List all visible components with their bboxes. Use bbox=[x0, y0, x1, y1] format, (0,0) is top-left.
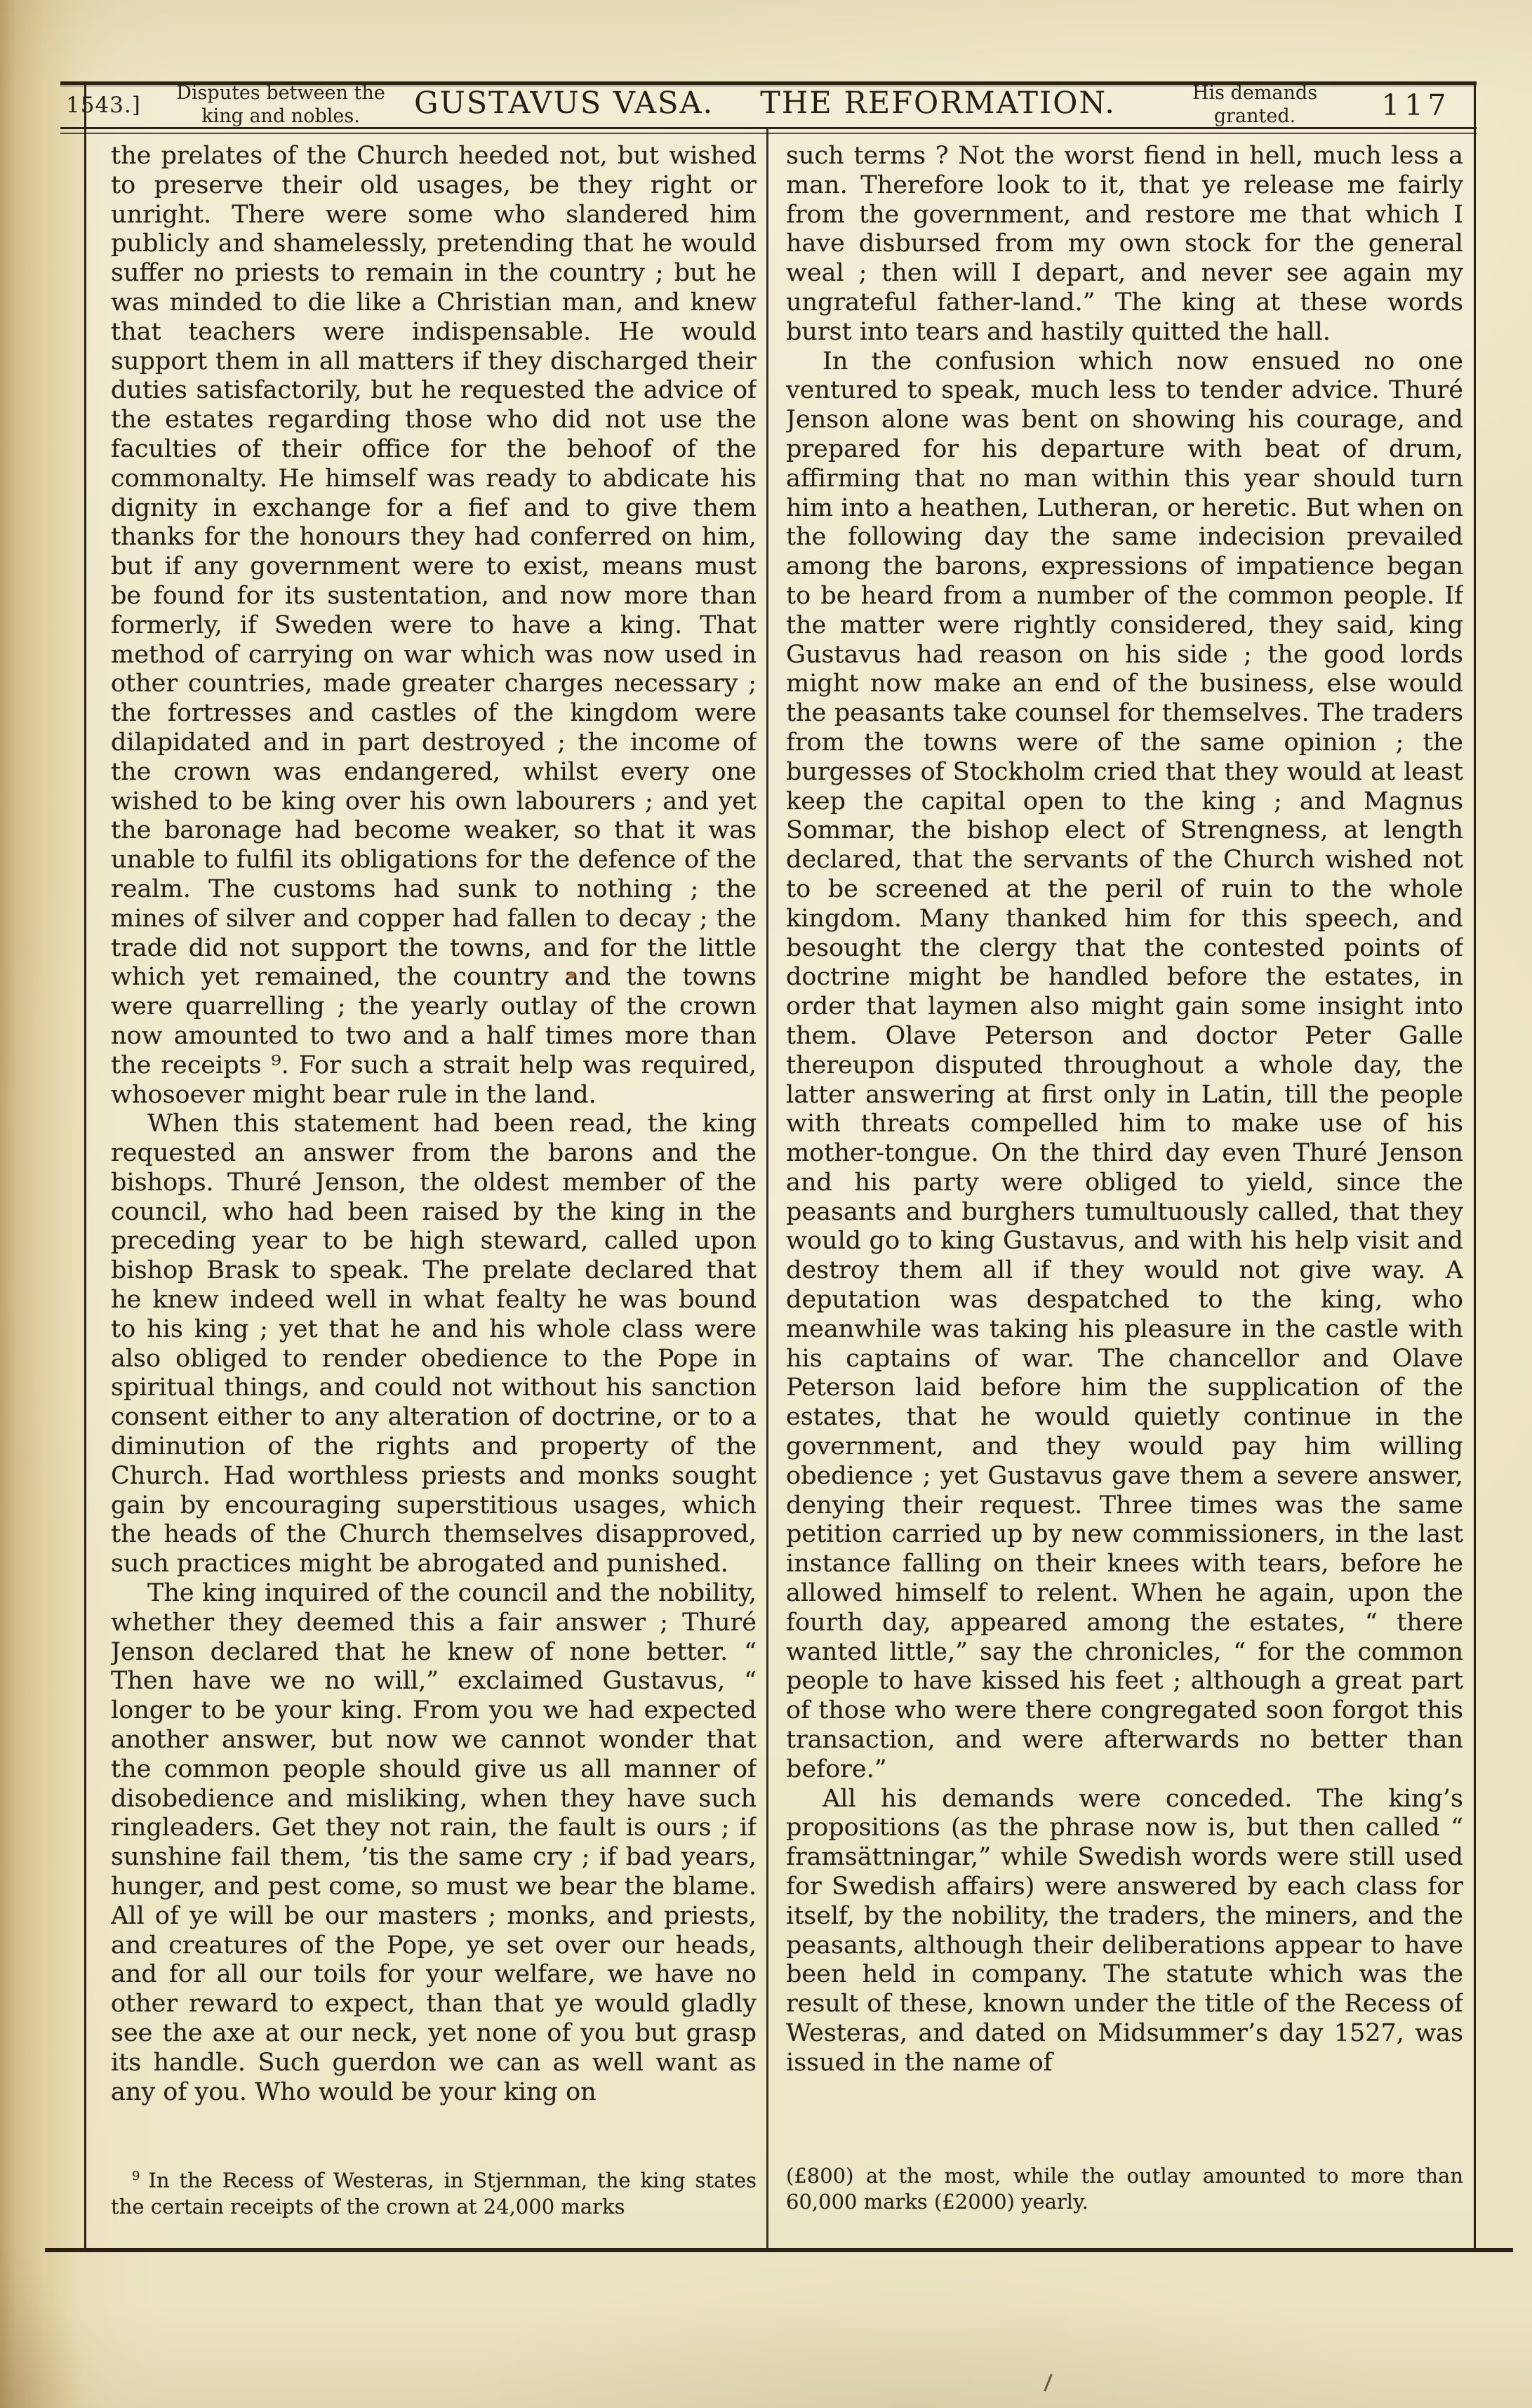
right-border-rule bbox=[1474, 81, 1476, 2250]
stray-pen-mark bbox=[1044, 2374, 1053, 2391]
page-number: 117 bbox=[1367, 88, 1465, 122]
paragraph: such terms ? Not the worst fiend in hell… bbox=[786, 142, 1463, 347]
running-head-note-left: Disputes between the king and nobles. bbox=[175, 81, 386, 128]
scanned-book-page: 1543.] Disputes between the king and nob… bbox=[0, 0, 1532, 2408]
running-head-title-part1: GUSTAVUS VASA. bbox=[414, 86, 714, 121]
footnote-left-column: 9In the Recess of Westeras, in Stjernman… bbox=[111, 2163, 757, 2220]
running-head-title-part2: THE REFORMATION. bbox=[760, 86, 1116, 121]
paragraph: In the confusion which now ensued no one… bbox=[786, 347, 1463, 1785]
header-separator-rule-2 bbox=[60, 133, 1477, 134]
text-column-right: such terms ? Not the worst fiend in hell… bbox=[786, 142, 1463, 2155]
text-column-left: the prelates of the Church heeded not, b… bbox=[111, 142, 757, 2155]
footnote-text-left: In the Recess of Westeras, in Stjernman,… bbox=[111, 2169, 757, 2219]
footnote-text-right: (£800) at the most, while the outlay amo… bbox=[786, 2163, 1463, 2215]
left-border-rule bbox=[84, 81, 86, 2250]
ink-speck bbox=[568, 971, 575, 979]
paragraph: the prelates of the Church heeded not, b… bbox=[111, 142, 757, 1110]
footnote-marker: 9 bbox=[132, 2169, 140, 2183]
header-separator-rule bbox=[60, 127, 1477, 129]
marginal-year-label: 1543.] bbox=[66, 93, 141, 118]
column-divider-rule bbox=[766, 129, 768, 2250]
running-head-note-right: His demands granted. bbox=[1178, 81, 1332, 128]
paragraph: When this statement had been read, the k… bbox=[111, 1110, 757, 1579]
bottom-border-rule bbox=[45, 2248, 1513, 2252]
paragraph: All his demands were conceded. The king’… bbox=[786, 1785, 1463, 2078]
paragraph: The king inquired of the council and the… bbox=[111, 1579, 757, 2107]
running-head-title: GUSTAVUS VASA.THE REFORMATION. bbox=[393, 86, 1137, 121]
